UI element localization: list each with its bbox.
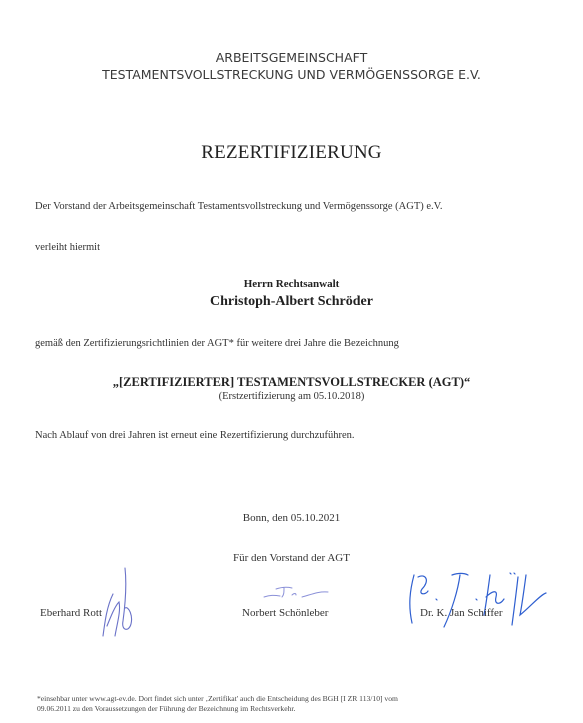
- signature-rott-icon: [85, 566, 145, 641]
- recipient-salutation: Herrn Rechtsanwalt: [0, 278, 583, 290]
- signatory-name: Eberhard Rott: [40, 607, 102, 619]
- first-certification-date: (Erstzertifizierung am 05.10.2018): [0, 391, 583, 402]
- signature-schiffer-icon: [400, 565, 550, 635]
- recertification-note: Nach Ablauf von drei Jahren ist erneut e…: [35, 430, 355, 441]
- board-label: Für den Vorstand der AGT: [0, 552, 583, 564]
- grant-text: verleiht hiermit: [35, 242, 100, 253]
- designation-title: „[ZERTIFIZIERTER] TESTAMENTSVOLLSTRECKER…: [0, 375, 583, 390]
- signatory-name: Dr. K. Jan Schiffer: [420, 607, 503, 619]
- intro-text: Der Vorstand der Arbeitsgemeinschaft Tes…: [35, 201, 443, 212]
- organization-name-line2: TESTAMENTSVOLLSTRECKUNG UND VERMÖGENSSOR…: [0, 67, 583, 82]
- place-and-date: Bonn, den 05.10.2021: [0, 512, 583, 524]
- signatory-name: Norbert Schönleber: [242, 607, 328, 619]
- document-title: REZERTIFIZIERUNG: [0, 142, 583, 164]
- organization-name-line1: ARBEITSGEMEINSCHAFT: [0, 50, 583, 65]
- signature-schoenleber-icon: [262, 583, 332, 603]
- footnote: *einsehbar unter www.agt-ev.de. Dort fin…: [37, 694, 557, 713]
- recipient-name: Christoph-Albert Schröder: [0, 294, 583, 310]
- footnote-line1: *einsehbar unter www.agt-ev.de. Dort fin…: [37, 694, 557, 704]
- footnote-line2: 09.06.2011 zu den Voraussetzungen der Fü…: [37, 704, 557, 714]
- criteria-text: gemäß den Zertifizierungsrichtlinien der…: [35, 338, 399, 349]
